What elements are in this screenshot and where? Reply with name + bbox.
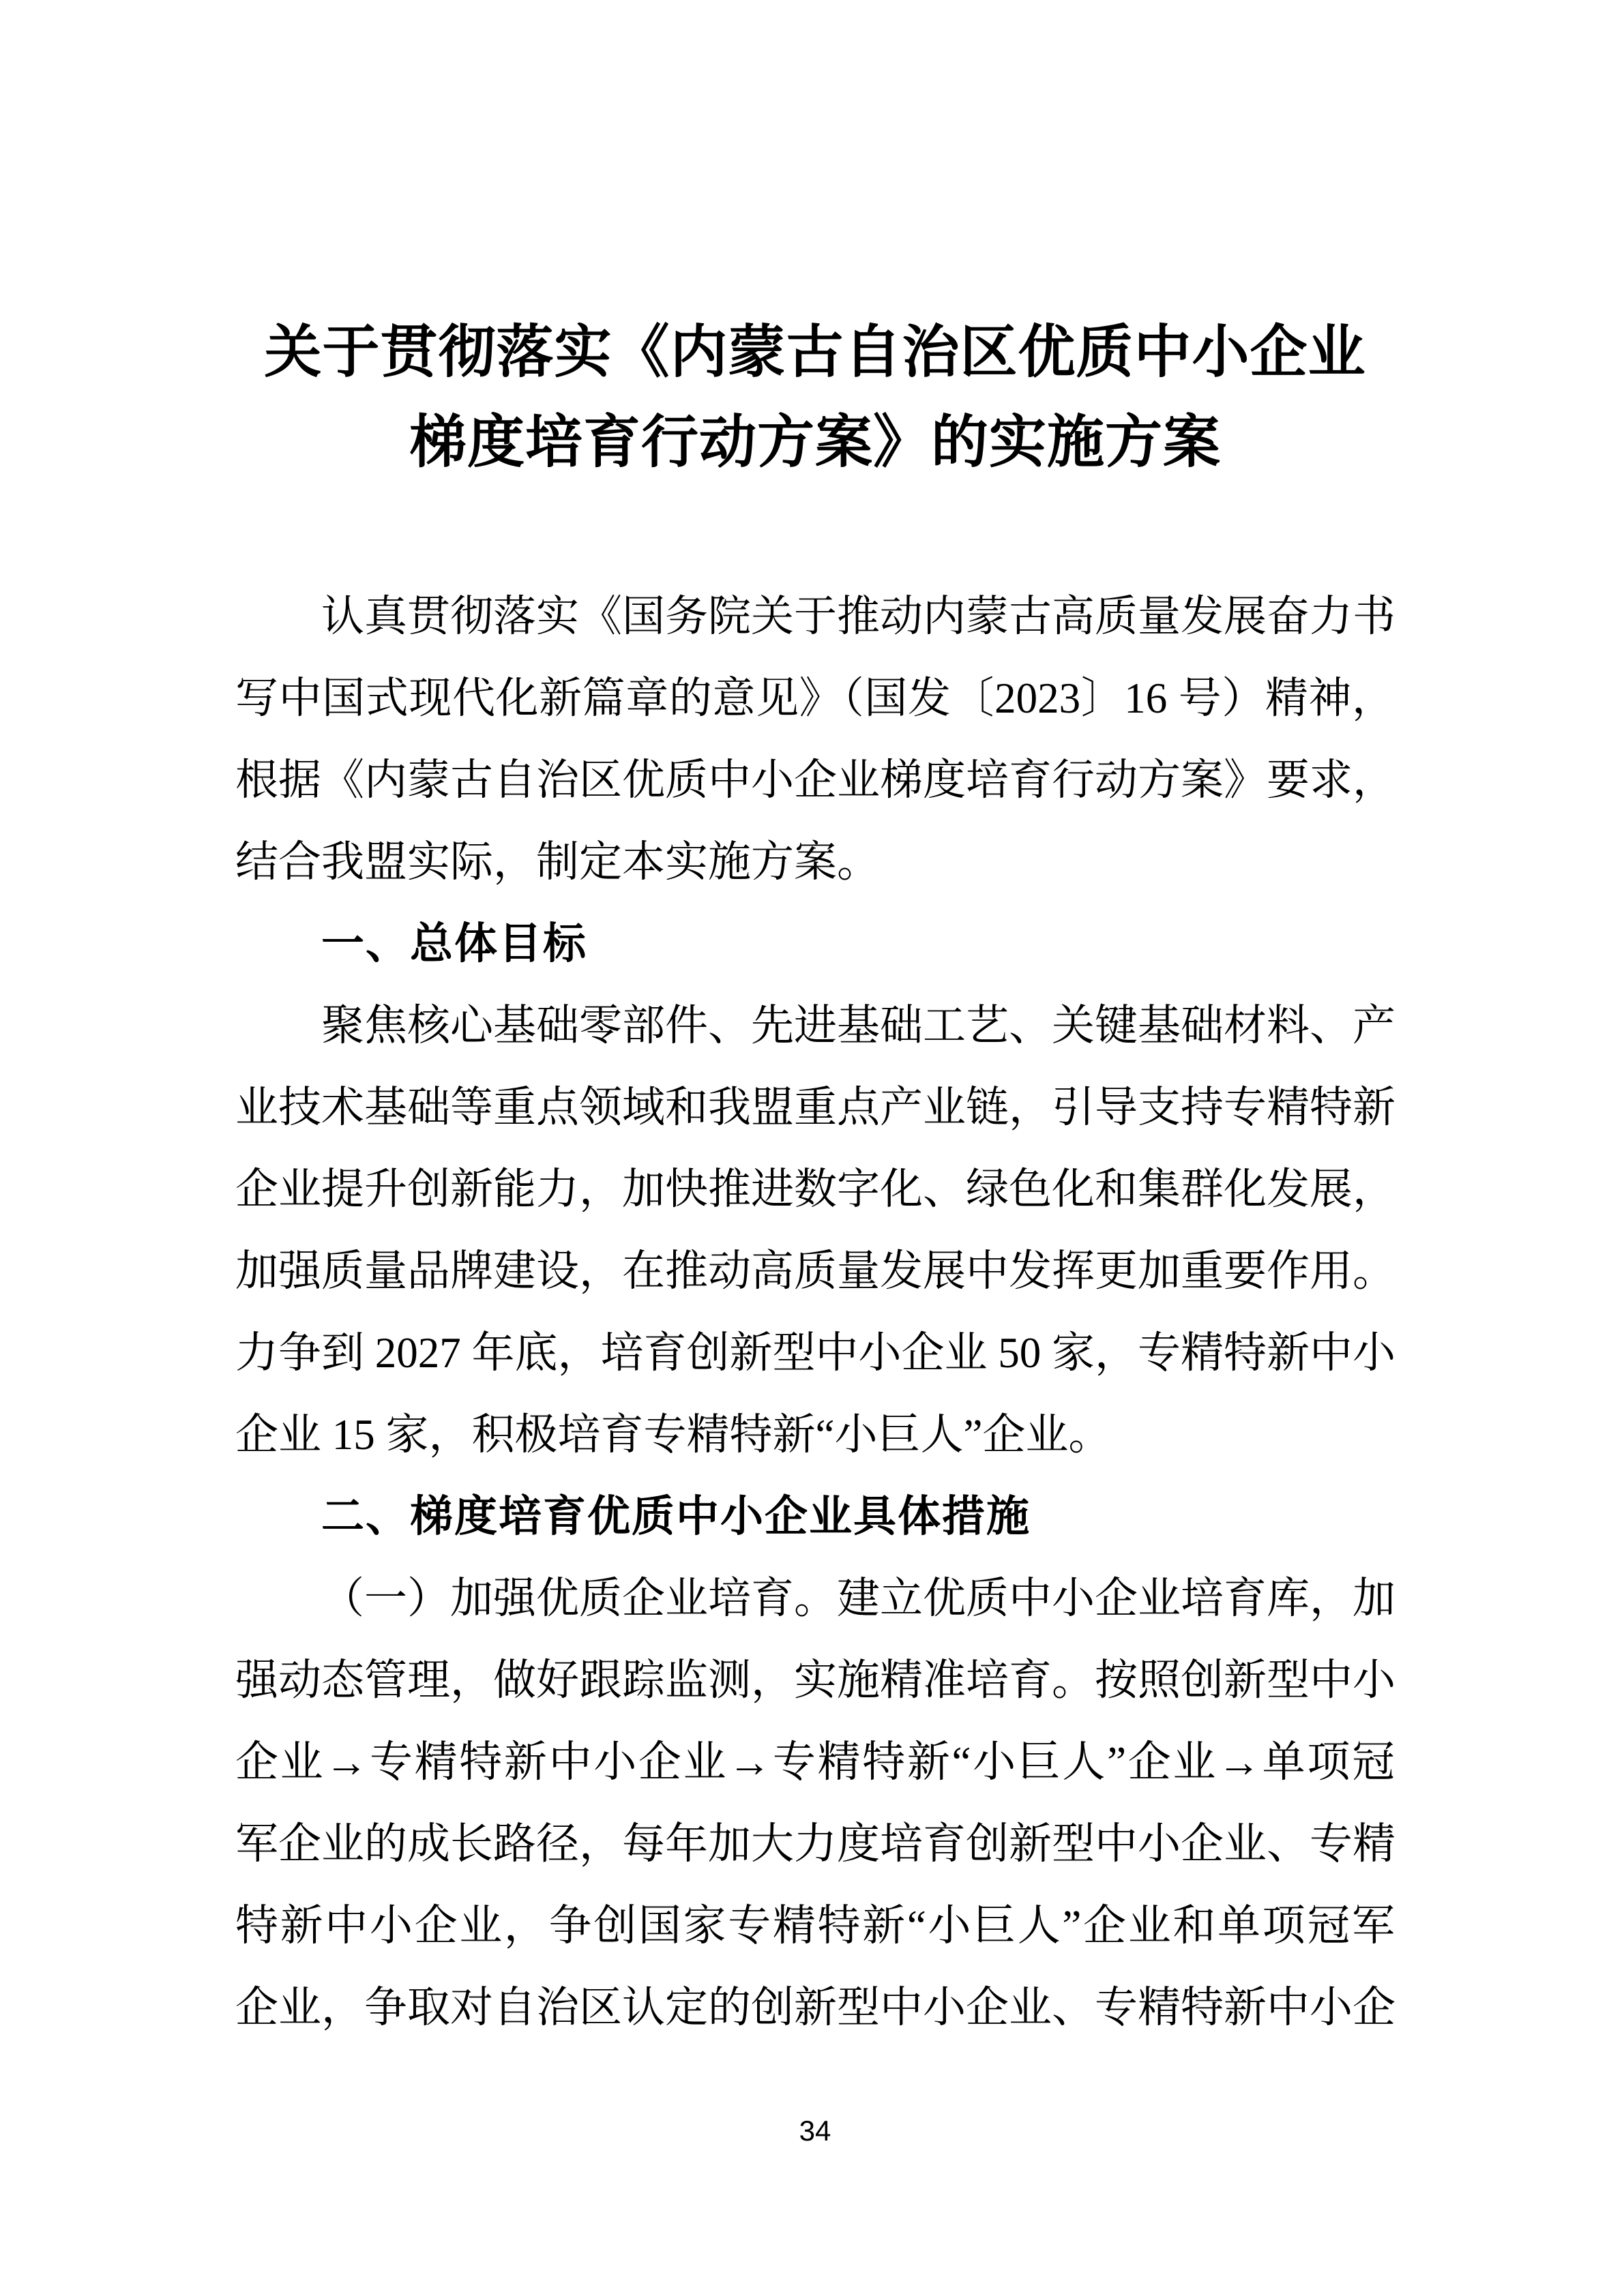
body-line: 业技术基础等重点领域和我盟重点产业链，引导支持专精特新 <box>235 1067 1395 1148</box>
title-line-2: 梯度培育行动方案》的实施方案 <box>235 398 1395 488</box>
document-content: 关于贯彻落实《内蒙古自治区优质中小企业 梯度培育行动方案》的实施方案 认真贯彻落… <box>235 0 1395 2148</box>
body-line: 结合我盟实际，制定本实施方案。 <box>235 821 1395 903</box>
body-line: 军企业的成长路径，每年加大力度培育创新型中小企业、专精 <box>235 1803 1395 1885</box>
body-line: 加强质量品牌建设，在推动高质量发展中发挥更加重要作用。 <box>235 1230 1395 1312</box>
body-line: 企业 15 家，积极培育专精特新“小巨人”企业。 <box>235 1394 1395 1476</box>
body-line: 企业提升创新能力，加快推进数字化、绿色化和集群化发展， <box>235 1148 1395 1230</box>
body-line: 企业，争取对自治区认定的创新型中小企业、专精特新中小企 <box>235 1967 1395 2048</box>
title-line-1: 关于贯彻落实《内蒙古自治区优质中小企业 <box>235 308 1395 398</box>
page-number: 34 <box>235 2114 1395 2148</box>
body-line: 特新中小企业，争创国家专精特新“小巨人”企业和单项冠军 <box>235 1885 1395 1967</box>
body-line: （一）加强优质企业培育。建立优质中小企业培育库，加 <box>235 1557 1395 1639</box>
body-line: 强动态管理，做好跟踪监测，实施精准培育。按照创新型中小 <box>235 1639 1395 1721</box>
document-body: 认真贯彻落实《国务院关于推动内蒙古高质量发展奋力书 写中国式现代化新篇章的意见》… <box>235 576 1395 2048</box>
document-page: 关于贯彻落实《内蒙古自治区优质中小企业 梯度培育行动方案》的实施方案 认真贯彻落… <box>0 0 1624 2296</box>
body-line: 力争到 2027 年底，培育创新型中小企业 50 家，专精特新中小 <box>235 1312 1395 1394</box>
body-line: 认真贯彻落实《国务院关于推动内蒙古高质量发展奋力书 <box>235 576 1395 657</box>
body-line: 写中国式现代化新篇章的意见》（国发〔2023〕16 号）精神， <box>235 657 1395 739</box>
section-heading-2: 二、梯度培育优质中小企业具体措施 <box>235 1476 1395 1557</box>
section-heading-1: 一、总体目标 <box>235 903 1395 985</box>
body-line: 企业→专精特新中小企业→专精特新“小巨人”企业→单项冠 <box>235 1721 1395 1803</box>
document-title: 关于贯彻落实《内蒙古自治区优质中小企业 梯度培育行动方案》的实施方案 <box>235 308 1395 488</box>
body-line: 根据《内蒙古自治区优质中小企业梯度培育行动方案》要求， <box>235 739 1395 821</box>
body-line: 聚焦核心基础零部件、先进基础工艺、关键基础材料、产 <box>235 985 1395 1067</box>
